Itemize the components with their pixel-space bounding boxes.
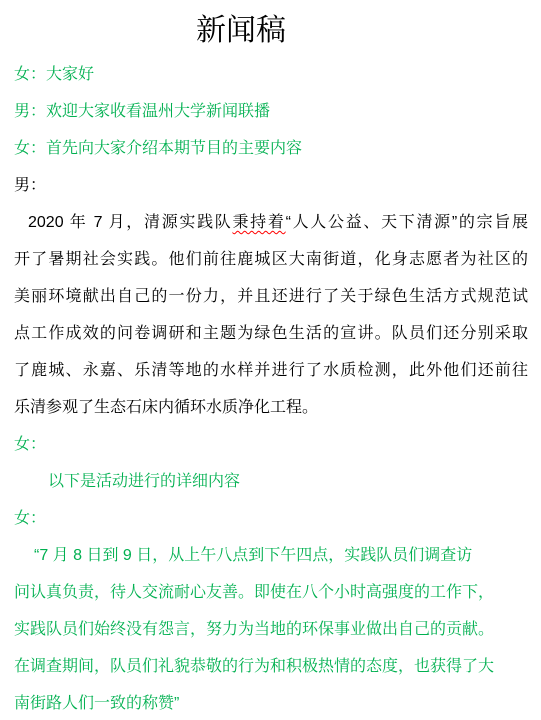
male-paragraph-line-4: 点工作成效的问卷调研和主题为绿色生活的宣讲。队员们还分别采取 [14,315,528,352]
female-paragraph-line-2: 问认真负责，待人交流耐心友善。即使在八个小时高强度的工作下， [14,574,528,611]
male-paragraph-line-1-post: “人人公益、天下清源”的宗旨展 [286,214,528,231]
speaker-label-female-1: 女： [14,426,528,463]
male-paragraph-line-5: 了鹿城、永嘉、乐清等地的水样并进行了水质检测，此外他们还前往 [14,352,528,389]
male-paragraph-line-1-pre: 2020 年 7 月，清源实践队 [28,214,232,231]
male-paragraph-line-6: 乐清参观了生态石床内循环水质净化工程。 [14,389,528,426]
male-paragraph-line-3: 美丽环境献出自己的一份力，并且还进行了关于绿色生活方式规范试 [14,278,528,315]
female-paragraph-line-4: 在调查期间，队员们礼貌恭敬的行为和积极热情的态度，也获得了大 [14,648,528,685]
detail-heading: 以下是活动进行的详细内容 [14,463,528,500]
dialogue-female-overview: 女：首先向大家介绍本期节目的主要内容 [14,130,528,167]
male-paragraph: 2020 年 7 月，清源实践队秉持着“人人公益、天下清源”的宗旨展 开了暑期社… [14,204,528,426]
male-paragraph-line-1: 2020 年 7 月，清源实践队秉持着“人人公益、天下清源”的宗旨展 [14,204,528,241]
spellcheck-flagged-word: 秉持着 [232,214,285,231]
dialogue-male-welcome: 男：欢迎大家收看温州大学新闻联播 [14,93,528,130]
female-paragraph: “7 月 8 日到 9 日，从上午八点到下午四点，实践队员们调查访 问认真负责，… [14,537,528,720]
dialogue-female-greeting: 女：大家好 [14,56,528,93]
document-title: 新闻稿 [14,6,528,56]
male-paragraph-line-2: 开了暑期社会实践。他们前往鹿城区大南街道，化身志愿者为社区的 [14,241,528,278]
female-paragraph-line-1: “7 月 8 日到 9 日，从上午八点到下午四点，实践队员们调查访 [14,537,528,574]
speaker-label-male: 男： [14,167,528,204]
female-paragraph-line-3: 实践队员们始终没有怨言，努力为当地的环保事业做出自己的贡献。 [14,611,528,648]
female-paragraph-line-5: 南街路人们一致的称赞” [14,685,528,720]
document-page: 新闻稿 女：大家好 男：欢迎大家收看温州大学新闻联播 女：首先向大家介绍本期节目… [0,6,541,720]
speaker-label-female-2: 女： [14,500,528,537]
